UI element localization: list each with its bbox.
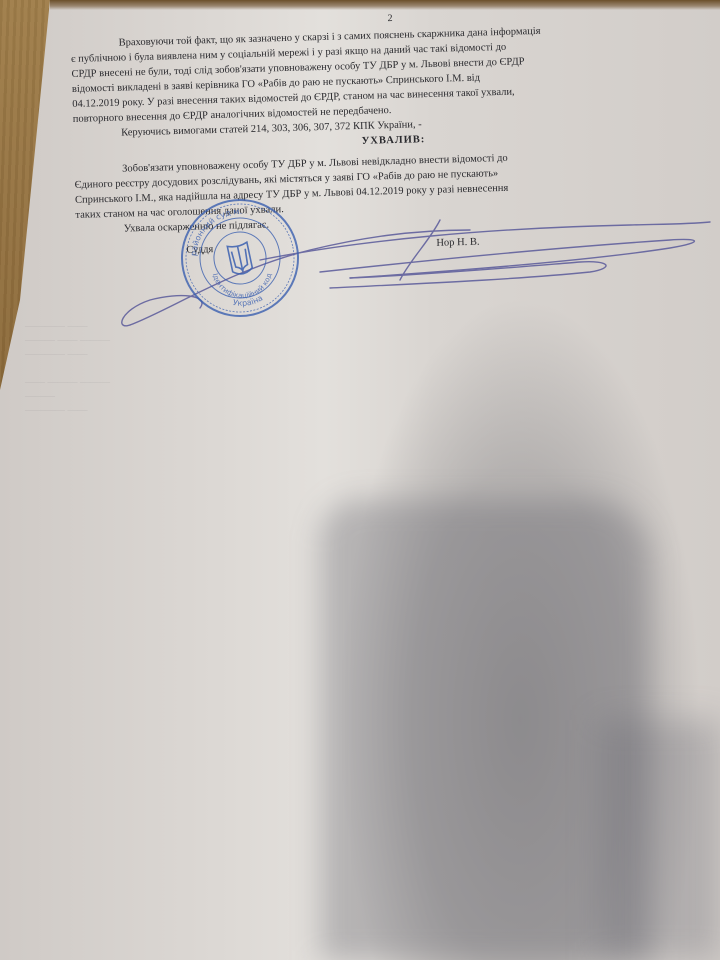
paper-sheet: 2 Враховуючи той факт, що як зазначено у…	[0, 0, 720, 960]
hand-shadow-secondary	[600, 720, 720, 960]
bleed-through-text: ———— ————— —— ——————— ———— ——— —————————…	[25, 320, 225, 418]
court-stamp: районний суд м. Ідентифікаційний код Укр…	[166, 184, 313, 331]
trident-icon	[227, 242, 253, 276]
